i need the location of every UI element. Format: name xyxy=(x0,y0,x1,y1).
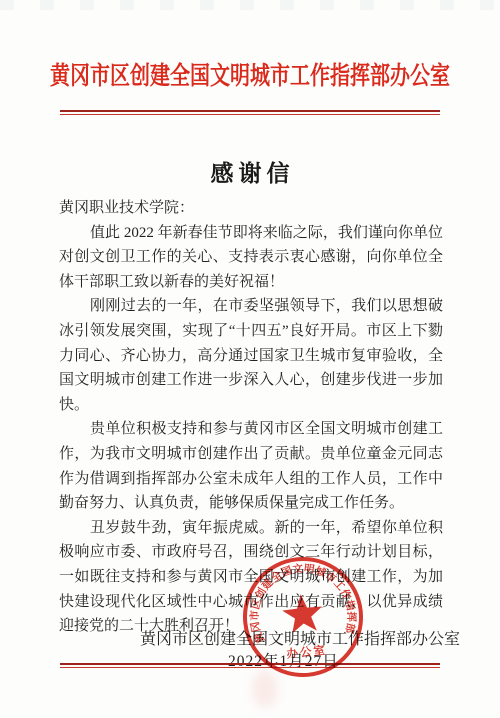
official-seal: 黄冈市区创建全国文明城市工作指挥部 办公室 xyxy=(235,549,371,685)
scan-noise-texture xyxy=(0,0,500,10)
letter-paragraph: 值此 2022 年新春佳节即将来临之际，我们谨向你单位对创文创卫工作的关心、支持… xyxy=(59,221,443,295)
letterhead-org-name: 黄冈市区创建全国文明城市工作指挥部办公室 xyxy=(50,56,450,92)
seal-bottom-text: 办公室 xyxy=(286,643,328,661)
letter-paragraph: 刚刚过去的一年，在市委坚强领导下，我们以思想破冰引领发展突围，实现了“十四五”良… xyxy=(59,294,443,417)
scanned-letter-page: 黄冈市区创建全国文明城市工作指挥部办公室 感谢信 黄冈职业技术学院： 值此 20… xyxy=(0,0,500,718)
letter-paragraph: 贵单位积极支持和参与黄冈市区全国文明城市创建工作，为我市文明城市创建作出了贡献。… xyxy=(59,417,443,515)
letterhead-divider xyxy=(60,110,440,115)
official-seal-graphic: 黄冈市区创建全国文明城市工作指挥部 办公室 xyxy=(235,549,371,685)
recipient-line: 黄冈职业技术学院： xyxy=(59,196,443,221)
letter-title: 感谢信 xyxy=(0,155,500,188)
red-star-icon xyxy=(281,592,325,634)
